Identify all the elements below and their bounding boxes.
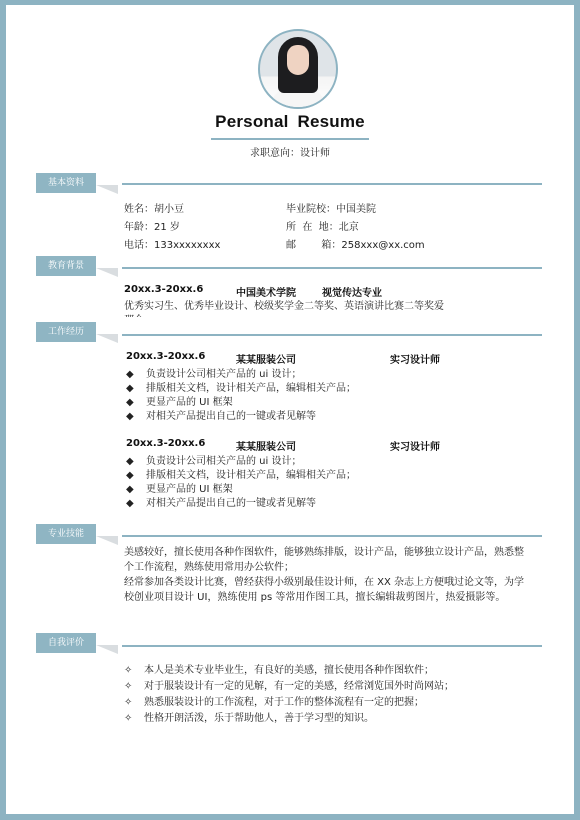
job-duty: ◆对相关产品提出自己的一键或者见解等 bbox=[126, 494, 316, 509]
section-label-education: 教育背景 bbox=[36, 256, 96, 276]
sparkle-bullet-icon: ✧ bbox=[124, 697, 144, 708]
job-duty: ◆负责设计公司相关产品的 ui 设计； bbox=[126, 365, 301, 380]
label-fold-decoration bbox=[96, 268, 118, 277]
section-divider bbox=[122, 267, 542, 269]
job-duty: ◆对相关产品提出自己的一键或者见解等 bbox=[126, 407, 316, 422]
edu-description: 优秀实习生、优秀毕业设计、校级奖学金二等奖、英语演讲比赛二等奖爱 bbox=[124, 297, 444, 312]
sparkle-bullet-icon: ✧ bbox=[124, 681, 144, 692]
diamond-bullet-icon: ◆ bbox=[126, 498, 146, 509]
diamond-bullet-icon: ◆ bbox=[126, 411, 146, 422]
job-duty: ◆更显产品的 UI 框架 bbox=[126, 480, 233, 495]
school-field: 毕业院校：中国美院 bbox=[286, 200, 376, 215]
label-fold-decoration bbox=[96, 334, 118, 343]
self-eval-item: ✧对于服装设计有一定的见解，有一定的美感，经常浏览国外时尚网站； bbox=[124, 677, 454, 692]
job-role: 实习设计师 bbox=[390, 351, 440, 366]
job-duty: ◆更显产品的 UI 框架 bbox=[126, 393, 233, 408]
job-role: 实习设计师 bbox=[390, 438, 440, 453]
section-divider bbox=[122, 183, 542, 185]
location-field: 所 在 地：北京 bbox=[286, 218, 359, 233]
skills-line: 校创业项目设计 UI，熟练使用 ps 等常用作图工具，擅长编辑裁剪图片，热爱摄影… bbox=[124, 588, 505, 603]
job-duty: ◆负责设计公司相关产品的 ui 设计； bbox=[126, 452, 301, 467]
title-divider bbox=[211, 138, 369, 140]
profile-photo bbox=[258, 29, 338, 109]
resume-title: Personal Resume bbox=[6, 112, 574, 132]
phone-field: 电话：133xxxxxxxx bbox=[124, 236, 220, 251]
self-eval-item: ✧本人是美术专业毕业生，有良好的美感，擅长使用各种作图软件； bbox=[124, 661, 434, 676]
job-duty: ◆排版相关文档，设计相关产品，编辑相关产品； bbox=[126, 379, 356, 394]
skills-line: 经常参加各类设计比赛，曾经获得小级别最佳设计师，在 XX 杂志上方便哦过论文等，… bbox=[124, 573, 524, 588]
sparkle-bullet-icon: ✧ bbox=[124, 713, 144, 724]
label-fold-decoration bbox=[96, 185, 118, 194]
job-company: 某某服装公司 bbox=[236, 438, 296, 453]
label-fold-decoration bbox=[96, 536, 118, 545]
edu-description-overflow: 那个 bbox=[124, 311, 144, 317]
photo-face bbox=[287, 45, 309, 75]
job-duty: ◆排版相关文档，设计相关产品，编辑相关产品； bbox=[126, 466, 356, 481]
section-label-basic: 基本资料 bbox=[36, 173, 96, 193]
name-field: 姓名：胡小豆 bbox=[124, 200, 184, 215]
edu-period: 20xx.3-20xx.6 bbox=[124, 284, 203, 295]
section-label-self-evaluation: 自我评价 bbox=[36, 633, 96, 653]
email-field: 邮 箱：258xxx@xx.com bbox=[286, 236, 425, 251]
self-eval-item: ✧熟悉服装设计的工作流程，对于工作的整体流程有一定的把握； bbox=[124, 693, 424, 708]
self-eval-item: ✧性格开朗活泼，乐于帮助他人，善于学习型的知识。 bbox=[124, 709, 374, 724]
sparkle-bullet-icon: ✧ bbox=[124, 665, 144, 676]
age-field: 年龄：21 岁 bbox=[124, 218, 180, 233]
section-divider bbox=[122, 334, 542, 336]
section-divider bbox=[122, 535, 542, 537]
resume-page: Personal Resume 求职意向：设计师 基本资料 姓名：胡小豆 年龄：… bbox=[6, 5, 574, 814]
skills-line: 美感较好，擅长使用各种作图软件，能够熟练排版，设计产品，能够独立设计产品，熟悉整 bbox=[124, 543, 524, 558]
job-period: 20xx.3-20xx.6 bbox=[126, 438, 205, 449]
label-fold-decoration bbox=[96, 645, 118, 654]
skills-line: 个工作流程，熟练使用常用办公软件； bbox=[124, 558, 294, 573]
job-company: 某某服装公司 bbox=[236, 351, 296, 366]
section-label-skills: 专业技能 bbox=[36, 524, 96, 544]
section-divider bbox=[122, 645, 542, 647]
job-period: 20xx.3-20xx.6 bbox=[126, 351, 205, 362]
job-objective: 求职意向：设计师 bbox=[6, 144, 574, 159]
section-label-work: 工作经历 bbox=[36, 322, 96, 342]
